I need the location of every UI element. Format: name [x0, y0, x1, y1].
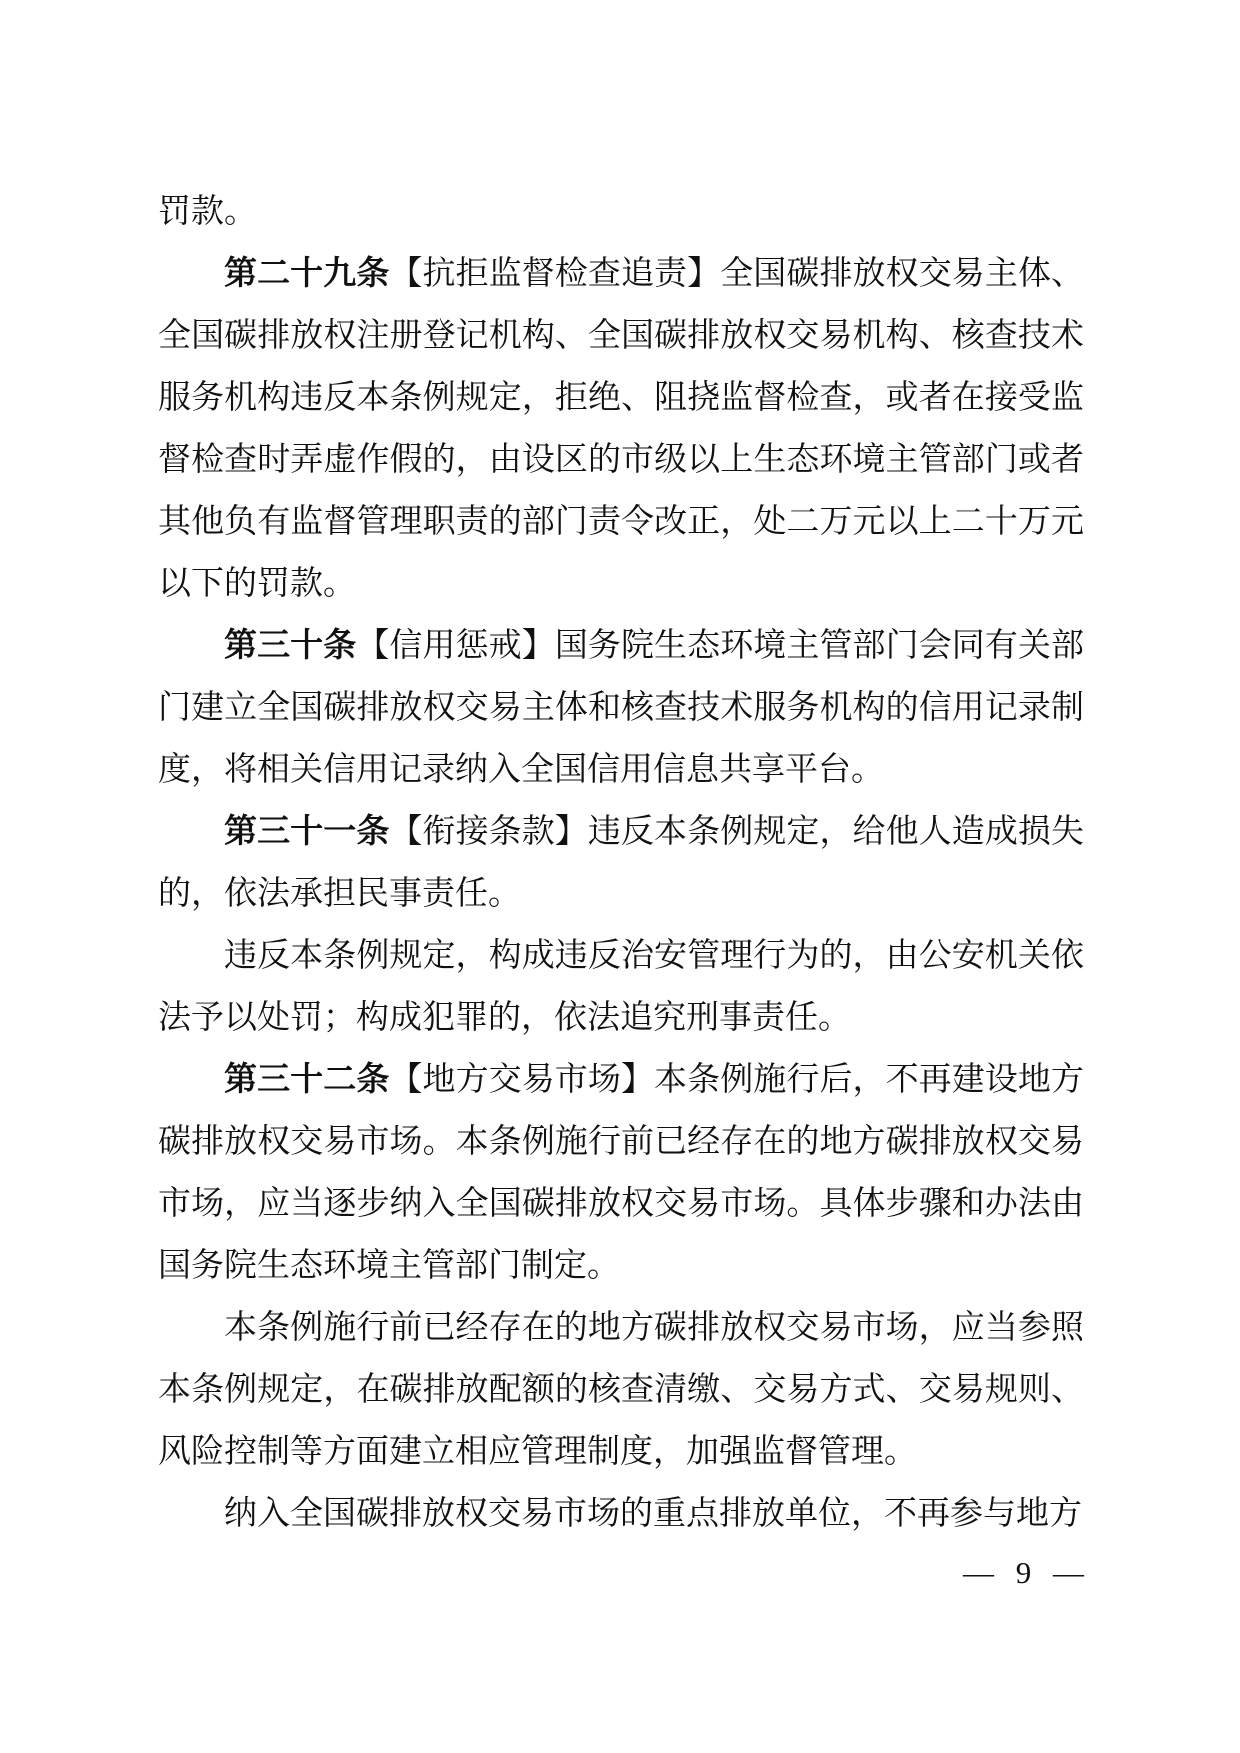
article-number: 第三十一条 [224, 814, 389, 850]
paragraph-text: 纳入全国碳排放权交易市场的重点排放单位，不再参与地方 [224, 1496, 1082, 1532]
article-label: 【抗拒监督检查追责】 [389, 256, 720, 292]
paragraph: 纳入全国碳排放权交易市场的重点排放单位，不再参与地方 [158, 1483, 1084, 1545]
article-number: 第二十九条 [224, 256, 389, 292]
paragraph-text: 本条例施行前已经存在的地方碳排放权交易市场，应当参照本条例规定，在碳排放配额的核… [158, 1310, 1084, 1470]
paragraph-text: 罚款。 [158, 194, 257, 230]
paragraph: 违反本条例规定，构成违反治安管理行为的，由公安机关依法予以处罚；构成犯罪的，依法… [158, 925, 1084, 1049]
paragraph: 第三十一条【衔接条款】违反本条例规定，给他人造成损失的，依法承担民事责任。 [158, 801, 1084, 925]
paragraph: 第二十九条【抗拒监督检查追责】全国碳排放权交易主体、全国碳排放权注册登记机构、全… [158, 243, 1084, 615]
document-page: 罚款。第二十九条【抗拒监督检查追责】全国碳排放权交易主体、全国碳排放权注册登记机… [0, 0, 1240, 1753]
article-label: 【地方交易市场】 [389, 1062, 654, 1098]
paragraph: 罚款。 [158, 181, 1084, 243]
paragraph: 本条例施行前已经存在的地方碳排放权交易市场，应当参照本条例规定，在碳排放配额的核… [158, 1297, 1084, 1483]
article-number: 第三十二条 [224, 1062, 389, 1098]
page-number: — 9 — [158, 1550, 1084, 1596]
article-label: 【衔接条款】 [389, 814, 587, 850]
paragraph-text: 违反本条例规定，构成违反治安管理行为的，由公安机关依法予以处罚；构成犯罪的，依法… [158, 938, 1084, 1036]
text-block: 罚款。第二十九条【抗拒监督检查追责】全国碳排放权交易主体、全国碳排放权注册登记机… [158, 181, 1084, 1545]
article-number: 第三十条 [224, 628, 356, 664]
paragraph: 第三十二条【地方交易市场】本条例施行后，不再建设地方碳排放权交易市场。本条例施行… [158, 1049, 1084, 1297]
article-label: 【信用惩戒】 [356, 628, 554, 664]
paragraph-text: 全国碳排放权交易主体、全国碳排放权注册登记机构、全国碳排放权交易机构、核查技术服… [158, 256, 1084, 602]
paragraph: 第三十条【信用惩戒】国务院生态环境主管部门会同有关部门建立全国碳排放权交易主体和… [158, 615, 1084, 801]
